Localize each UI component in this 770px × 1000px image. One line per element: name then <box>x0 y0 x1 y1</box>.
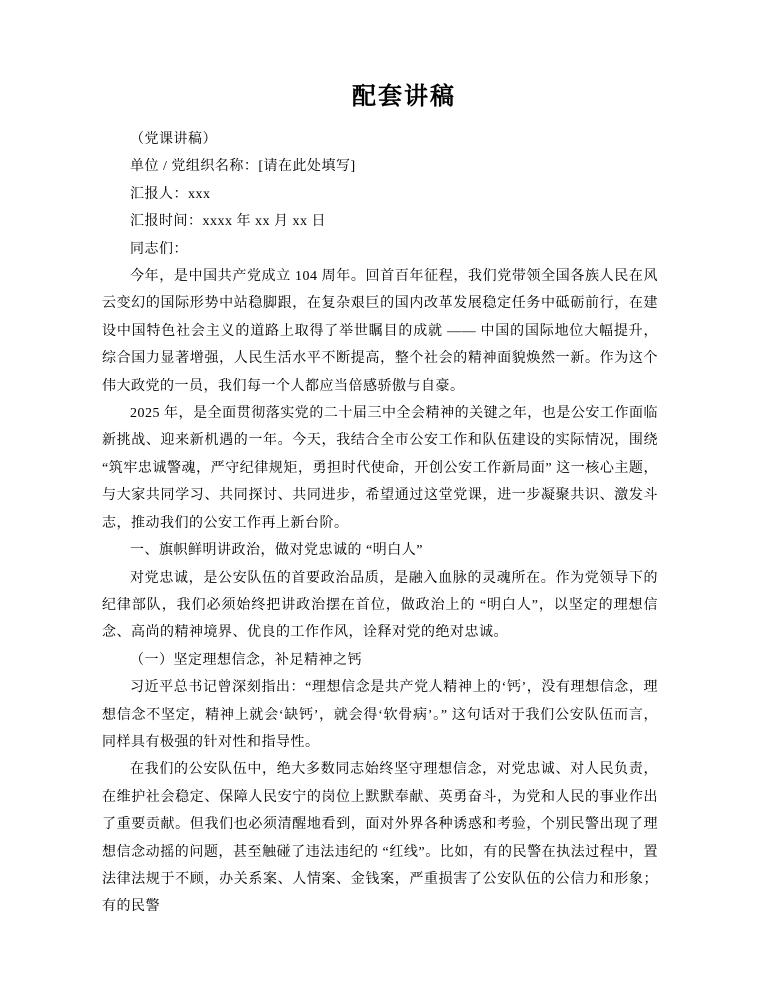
salutation-line: 同志们： <box>102 236 658 263</box>
section-1-heading: 一、旗帜鲜明讲政治，做对党忠诚的 “明白人” <box>102 537 658 564</box>
section-1-intro-paragraph: 对党忠诚，是公安队伍的首要政治品质，是融入血脉的灵魂所在。作为党领导下的纪律部队… <box>102 565 658 647</box>
meta-date-line: 汇报时间：xxxx 年 xx 月 xx 日 <box>102 208 658 235</box>
document-title: 配套讲稿 <box>102 82 658 113</box>
subsection-1-1-paragraph-2: 在我们的公安队伍中，绝大多数同志始终坚守理想信念，对党忠诚、对人民负责，在维护社… <box>102 756 658 920</box>
intro-paragraph-2: 2025 年，是全面贯彻落实党的二十届三中全会精神的关键之年，也是公安工作面临新… <box>102 400 658 537</box>
intro-paragraph-1: 今年，是中国共产党成立 104 周年。回首百年征程，我们党带领全国各族人民在风云… <box>102 263 658 400</box>
subsection-1-1-heading: （一）坚定理想信念，补足精神之钙 <box>102 647 658 674</box>
meta-unit-line: 单位 / 党组织名称：[请在此处填写] <box>102 153 658 180</box>
document-page: 配套讲稿 （党课讲稿） 单位 / 党组织名称：[请在此处填写] 汇报人：xxx … <box>0 0 770 1000</box>
subsection-1-1-paragraph-1: 习近平总书记曾深刻指出：“理想信念是共产党人精神上的‘钙’，没有理想信念，理想信… <box>102 674 658 756</box>
document-subtitle: （党课讲稿） <box>102 126 658 153</box>
meta-reporter-line: 汇报人：xxx <box>102 181 658 208</box>
